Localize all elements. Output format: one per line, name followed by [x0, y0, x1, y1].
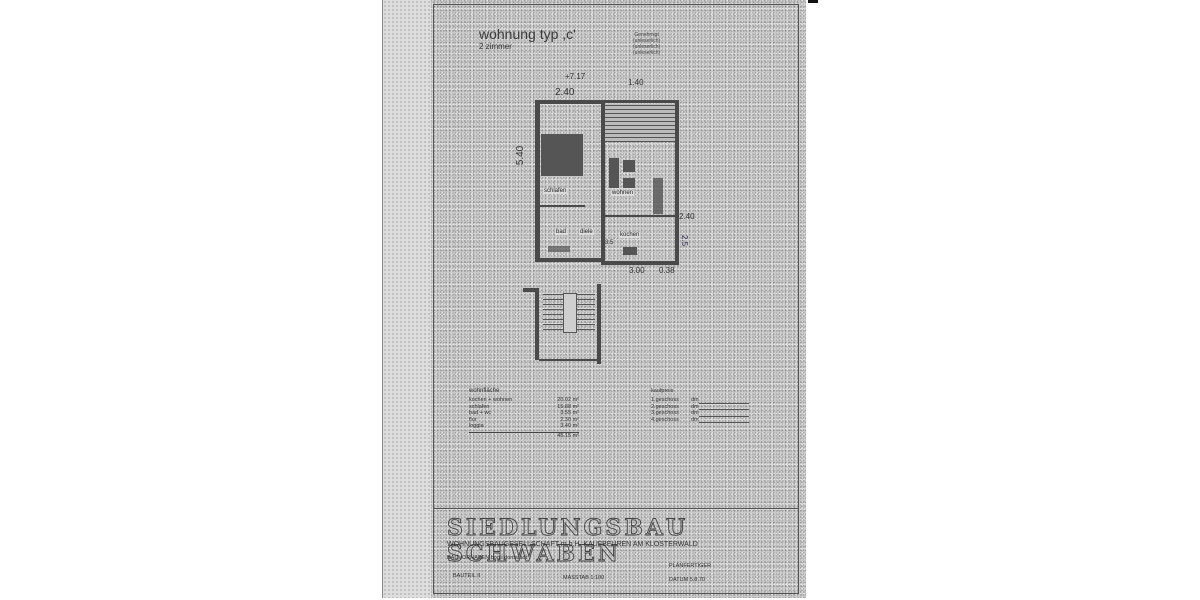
- area-unit: m²: [573, 417, 579, 423]
- price-row: 1.geschossdm: [651, 397, 749, 404]
- chair: [623, 178, 635, 188]
- wall: [601, 100, 679, 103]
- room-label-schlafen: schlafen: [543, 188, 567, 194]
- price-table-heading: kaufpreis: [651, 388, 749, 394]
- area-label: kochen + wohnen: [469, 397, 512, 404]
- dim-top-right: 1.40: [628, 78, 644, 87]
- wall: [523, 288, 535, 292]
- area-unit: m²: [573, 410, 579, 416]
- wall: [601, 261, 679, 265]
- scan-corner-mark: [808, 0, 818, 3]
- dim-top-total: +7.17: [565, 72, 585, 81]
- planfertiger-label: PLANFERTIGER: [669, 563, 711, 569]
- bed: [541, 134, 583, 176]
- loggia-hatch: [605, 104, 675, 142]
- area-label: flur: [469, 417, 477, 424]
- area-label: schlafen: [469, 404, 490, 411]
- price-table: kaufpreis 1.geschossdm 2.geschossdm 3.ge…: [651, 388, 749, 423]
- wall: [605, 215, 675, 217]
- dim-kitchen-small: 3.5: [605, 240, 613, 246]
- dim-bottom-right: 3.00: [629, 266, 645, 275]
- stair-well: [563, 293, 577, 333]
- area-label: loggia: [469, 423, 484, 430]
- area-unit: m²: [573, 397, 579, 403]
- price-row: 3.geschossdm: [651, 410, 749, 417]
- wall: [535, 100, 605, 104]
- plan-title: wohnung typ ,c': [479, 26, 576, 42]
- title-block: SIEDLUNGSBAU SCHWABEN WOHNUNGSBAUGESELLS…: [433, 508, 799, 594]
- price-label: 1.geschoss: [651, 397, 691, 404]
- planfertiger: PLANFERTIGER: [669, 563, 711, 569]
- bauteil: BAUTEIL II: [453, 573, 480, 579]
- room-label-wohnen: wohnen: [611, 190, 634, 196]
- masstab-value: 1:100: [590, 575, 604, 581]
- stove: [623, 247, 637, 255]
- price-row: 4.geschossdm: [651, 417, 749, 424]
- area-unit: m²: [573, 423, 579, 429]
- bauteil-label: BAUTEIL: [453, 573, 476, 579]
- area-value: 3.40: [560, 423, 571, 429]
- datum: DATUM 5.8.70: [669, 577, 705, 583]
- wall: [675, 100, 679, 265]
- area-value: 20.02: [557, 397, 571, 403]
- wall: [597, 284, 601, 364]
- dim-bottom-far-right: 0.38: [659, 266, 675, 275]
- stamp-line: (unleserlich): [633, 50, 660, 56]
- drawing-frame: [433, 4, 799, 594]
- area-unit: m²: [573, 404, 579, 410]
- company-subtitle: WOHNUNGSBAUGESELLSCHAFT m.b.H. KAUFBEURE…: [447, 541, 698, 548]
- price-label: 2.geschoss: [651, 404, 691, 411]
- shelf: [653, 178, 663, 214]
- bauvorhaben-label: BAUVORHABEN: [447, 555, 489, 561]
- wall: [535, 258, 605, 262]
- dim-top-left: 2.40: [555, 87, 574, 98]
- wall: [535, 100, 540, 262]
- area-label: bad + wc: [469, 410, 491, 417]
- datum-label: DATUM: [669, 577, 688, 583]
- price-prefix: dm: [691, 404, 699, 411]
- price-row: 2.geschossdm: [651, 404, 749, 411]
- area-table-heading: wohnfläche: [469, 388, 579, 394]
- wall: [535, 288, 539, 360]
- room-label-diele: diele: [579, 229, 594, 235]
- area-total-value: 45.15: [557, 433, 571, 439]
- price-prefix: dm: [691, 410, 699, 417]
- sofa: [609, 158, 619, 188]
- plan-subtitle: 2 zimmer: [479, 42, 512, 51]
- masstab-label: MASSTAB: [563, 575, 589, 581]
- area-value: 15.88: [557, 404, 571, 410]
- dim-right-mid: 2.40: [679, 212, 695, 221]
- area-row: loggia3.40 m²: [469, 423, 579, 430]
- masstab: MASSTAB 1:100: [563, 575, 604, 581]
- price-prefix: dm: [691, 397, 699, 404]
- company-sub-text: WOHNUNGSBAUGESELLSCHAFT m.b.H. KAUFBEURE…: [447, 541, 631, 548]
- area-row: flur2.30 m²: [469, 417, 579, 424]
- price-label: 4.geschoss: [651, 417, 691, 424]
- scanned-page: wohnung typ ,c' 2 zimmer Genehmigt (unle…: [382, 0, 806, 598]
- price-label: 3.geschoss: [651, 410, 691, 417]
- area-row: schlafen15.88 m²: [469, 404, 579, 411]
- table: [623, 160, 635, 172]
- room-label-bad: bad: [555, 229, 567, 235]
- area-total-row: 45.15 m²: [469, 432, 579, 440]
- price-prefix: dm: [691, 417, 699, 424]
- bauteil-value: II: [477, 573, 480, 579]
- wall: [540, 205, 585, 207]
- left-margin: [383, 0, 431, 598]
- bathtub: [548, 246, 570, 252]
- dim-left-height: 5.40: [515, 146, 526, 165]
- area-value: 2.30: [560, 417, 571, 423]
- wall: [539, 359, 597, 361]
- area-row: bad + wc3.55 m²: [469, 410, 579, 417]
- datum-value: 5.8.70: [690, 577, 705, 583]
- area-value: 3.55: [560, 410, 571, 416]
- dim-side-note: 2.5: [680, 235, 689, 246]
- area-table: wohnfläche kochen + wohnen20.02 m² schla…: [469, 388, 579, 440]
- bauvorhaben: BAUVORHABEN bog i dornstadt: [447, 555, 527, 561]
- area-unit: m²: [573, 433, 579, 439]
- approval-stamp: Genehmigt (unleserlich) (unleserlich) (u…: [633, 32, 660, 56]
- area-row: kochen + wohnen20.02 m²: [469, 397, 579, 404]
- bauvorhaben-value: bog i dornstadt: [491, 555, 527, 561]
- room-label-kochen: kochen: [619, 232, 640, 238]
- company-location: AM KLOSTERWALD: [633, 541, 698, 548]
